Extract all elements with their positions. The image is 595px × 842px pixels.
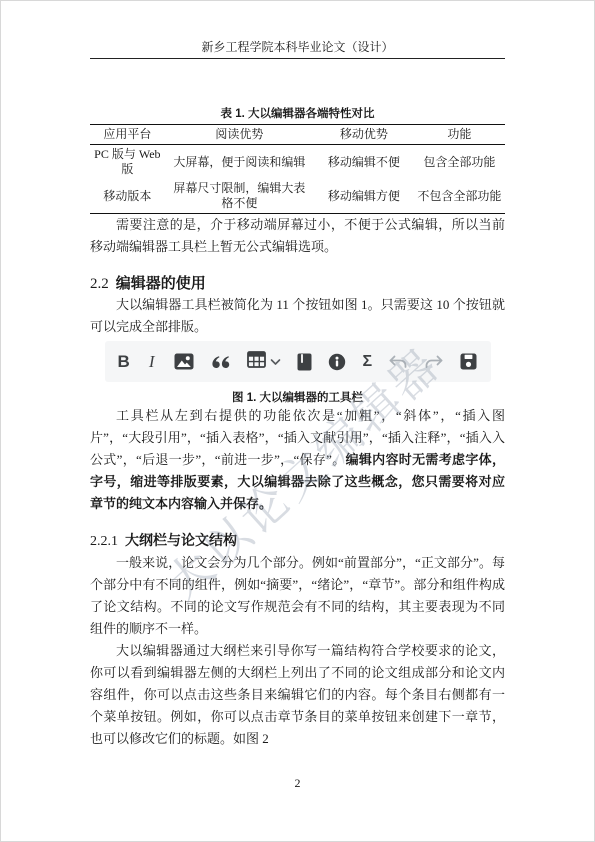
table-header-cell: 阅读优势 bbox=[165, 125, 314, 145]
section-number: 2.2.1 bbox=[90, 534, 118, 549]
table-cell: 移动编辑方便 bbox=[314, 179, 414, 214]
table-icon bbox=[247, 351, 266, 373]
running-header: 新乡工程学院本科毕业论文（设计） bbox=[90, 1, 505, 59]
table-cell: 屏幕尺寸限制，编辑大表格不便 bbox=[165, 179, 314, 214]
paragraph: 需要注意的是，介于移动端屏幕过小，不便于公式编辑，所以当前移动端编辑器工具栏上暂… bbox=[90, 214, 505, 258]
formula-icon: Σ bbox=[362, 354, 372, 370]
section-title: 编辑器的使用 bbox=[116, 275, 206, 292]
comparison-table: 应用平台 阅读优势 移动优势 功能 PC 版与 Web 版 大屏幕，便于阅读和编… bbox=[90, 124, 505, 214]
table-caption: 表 1. 大以编辑器各端特性对比 bbox=[90, 105, 505, 121]
italic-icon: I bbox=[146, 353, 158, 370]
figure-editor-toolbar: B I Σ bbox=[105, 341, 491, 382]
table-header-cell: 移动优势 bbox=[314, 125, 414, 145]
table-cell: 大屏幕，便于阅读和编辑 bbox=[165, 145, 314, 180]
undo-icon bbox=[388, 355, 408, 369]
table-header-cell: 功能 bbox=[414, 125, 505, 145]
table-header-cell: 应用平台 bbox=[90, 125, 165, 145]
save-icon bbox=[460, 353, 477, 370]
page-number: 2 bbox=[1, 776, 594, 791]
chevron-down-icon bbox=[270, 353, 281, 371]
section-heading-2-2: 2.2编辑器的使用 bbox=[90, 274, 505, 294]
table-dropdown-button bbox=[247, 351, 281, 373]
figure-caption: 图 1. 大以编辑器的工具栏 bbox=[90, 389, 505, 405]
note-icon bbox=[328, 353, 346, 371]
section-heading-2-2-1: 2.2.1大纲栏与论文结构 bbox=[90, 530, 505, 552]
table-cell: PC 版与 Web 版 bbox=[90, 145, 165, 180]
paragraph: 一般来说，论文会分为几个部分。例如“前置部分”，“正文部分”。每个部分中有不同的… bbox=[90, 552, 505, 640]
paragraph: 大以编辑器通过大纲栏来引导你写一篇结构符合学校要求的论文，你可以看到编辑器左侧的… bbox=[90, 640, 505, 750]
blockquote-icon bbox=[210, 355, 231, 369]
paragraph: 大以编辑器工具栏被简化为 11 个按钮如图 1。只需要这 10 个按钮就可以完成… bbox=[90, 294, 505, 338]
section-number: 2.2 bbox=[90, 276, 109, 292]
table-cell: 包含全部功能 bbox=[414, 145, 505, 180]
running-header-title: 新乡工程学院本科毕业论文（设计） bbox=[201, 40, 393, 54]
table-cell: 移动编辑不便 bbox=[314, 145, 414, 180]
document-page: 新乡工程学院本科毕业论文（设计） 大以论文编辑器 表 1. 大以编辑器各端特性对… bbox=[0, 0, 595, 842]
citation-icon bbox=[297, 353, 312, 371]
table-header-row: 应用平台 阅读优势 移动优势 功能 bbox=[90, 125, 505, 145]
bold-icon: B bbox=[118, 353, 130, 370]
image-icon bbox=[174, 353, 194, 370]
section-title: 大纲栏与论文结构 bbox=[125, 532, 237, 548]
redo-icon bbox=[424, 355, 444, 369]
table-row: PC 版与 Web 版 大屏幕，便于阅读和编辑 移动编辑不便 包含全部功能 bbox=[90, 145, 505, 180]
table-cell: 不包含全部功能 bbox=[414, 179, 505, 214]
table-cell: 移动版本 bbox=[90, 179, 165, 214]
paragraph: 工具栏从左到右提供的功能依次是“加粗”，“斜体”，“插入图片”，“大段引用”，“… bbox=[90, 405, 505, 515]
table-row: 移动版本 屏幕尺寸限制，编辑大表格不便 移动编辑方便 不包含全部功能 bbox=[90, 179, 505, 214]
